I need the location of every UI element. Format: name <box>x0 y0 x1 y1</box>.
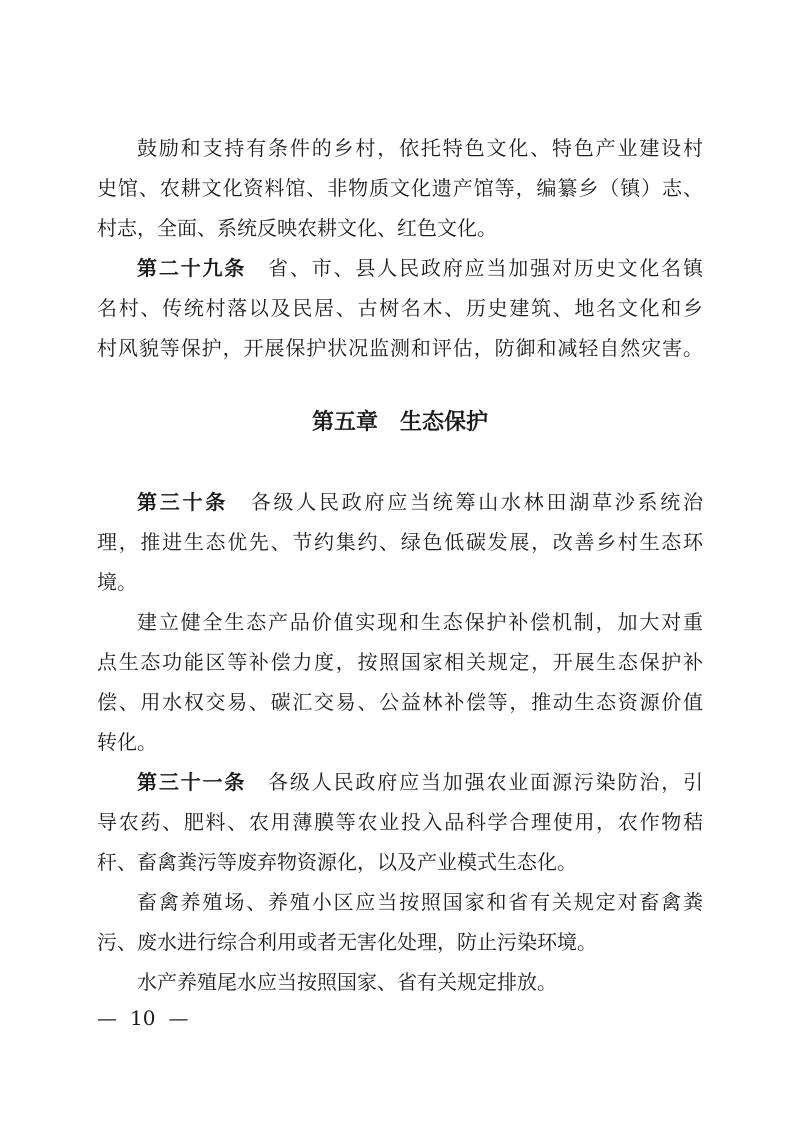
text-line: 鼓励和支持有条件的乡村，依托特色文化、特色产业建设村 <box>97 128 703 168</box>
article-30-para-2: 建立健全生态产品价值实现和生态保护补偿机制，加大对重 点生态功能区等补偿力度，按… <box>97 602 703 762</box>
page-number: 10 <box>130 1006 155 1030</box>
text-line: 史馆、农耕文化资料馆、非物质文化遗产馆等，编纂乡（镇）志、 <box>97 168 703 208</box>
text-line: 畜禽养殖场、养殖小区应当按照国家和省有关规定对畜禽粪 <box>97 882 703 922</box>
article-number: 第三十一条 <box>137 770 246 794</box>
article-number: 第三十条 <box>137 490 228 514</box>
text-line: 转化。 <box>97 722 703 762</box>
article-text: 各级人民政府应当加强农业面源污染防治，引 <box>246 770 703 794</box>
text-line: 村风貌等保护，开展保护状况监测和评估，防御和减轻自然灾害。 <box>97 328 703 368</box>
article-text: 各级人民政府应当统筹山水林田湖草沙系统治 <box>228 490 703 514</box>
chapter-heading: 第五章 生态保护 <box>97 402 703 444</box>
article-number: 第二十九条 <box>137 256 246 280</box>
text-line: 导农药、肥料、农用薄膜等农业投入品科学合理使用，农作物秸 <box>97 802 703 842</box>
text-line: 秆、畜禽粪污等废弃物资源化，以及产业模式生态化。 <box>97 842 703 882</box>
article-30: 第三十条 各级人民政府应当统筹山水林田湖草沙系统治 理，推进生态优先、节约集约、… <box>97 482 703 602</box>
text-line: 村志，全面、系统反映农耕文化、红色文化。 <box>97 208 703 248</box>
page-footer: — 10 — <box>97 1006 188 1030</box>
intro-paragraph: 鼓励和支持有条件的乡村，依托特色文化、特色产业建设村 史馆、农耕文化资料馆、非物… <box>97 128 703 248</box>
footer-dash-left: — <box>97 1006 117 1030</box>
article-29: 第二十九条 省、市、县人民政府应当加强对历史文化名镇 名村、传统村落以及民居、古… <box>97 248 703 368</box>
text-line: 偿、用水权交易、碳汇交易、公益林补偿等，推动生态资源价值 <box>97 682 703 722</box>
document-content: 鼓励和支持有条件的乡村，依托特色文化、特色产业建设村 史馆、农耕文化资料馆、非物… <box>97 128 703 1002</box>
footer-dash-right: — <box>168 1006 188 1030</box>
text-line: 水产养殖尾水应当按照国家、省有关规定排放。 <box>97 962 703 1002</box>
text-line: 第三十一条 各级人民政府应当加强农业面源污染防治，引 <box>97 762 703 802</box>
article-31-para-3: 水产养殖尾水应当按照国家、省有关规定排放。 <box>97 962 703 1002</box>
article-text: 省、市、县人民政府应当加强对历史文化名镇 <box>246 256 703 280</box>
text-line: 名村、传统村落以及民居、古树名木、历史建筑、地名文化和乡 <box>97 288 703 328</box>
text-line: 第三十条 各级人民政府应当统筹山水林田湖草沙系统治 <box>97 482 703 522</box>
article-31-para-2: 畜禽养殖场、养殖小区应当按照国家和省有关规定对畜禽粪 污、废水进行综合利用或者无… <box>97 882 703 962</box>
document-page: 鼓励和支持有条件的乡村，依托特色文化、特色产业建设村 史馆、农耕文化资料馆、非物… <box>0 0 793 1122</box>
article-31: 第三十一条 各级人民政府应当加强农业面源污染防治，引 导农药、肥料、农用薄膜等农… <box>97 762 703 882</box>
text-line: 境。 <box>97 562 703 602</box>
text-line: 点生态功能区等补偿力度，按照国家相关规定，开展生态保护补 <box>97 642 703 682</box>
text-line: 理，推进生态优先、节约集约、绿色低碳发展，改善乡村生态环 <box>97 522 703 562</box>
text-line: 污、废水进行综合利用或者无害化处理，防止污染环境。 <box>97 922 703 962</box>
text-line: 第二十九条 省、市、县人民政府应当加强对历史文化名镇 <box>97 248 703 288</box>
text-line: 建立健全生态产品价值实现和生态保护补偿机制，加大对重 <box>97 602 703 642</box>
